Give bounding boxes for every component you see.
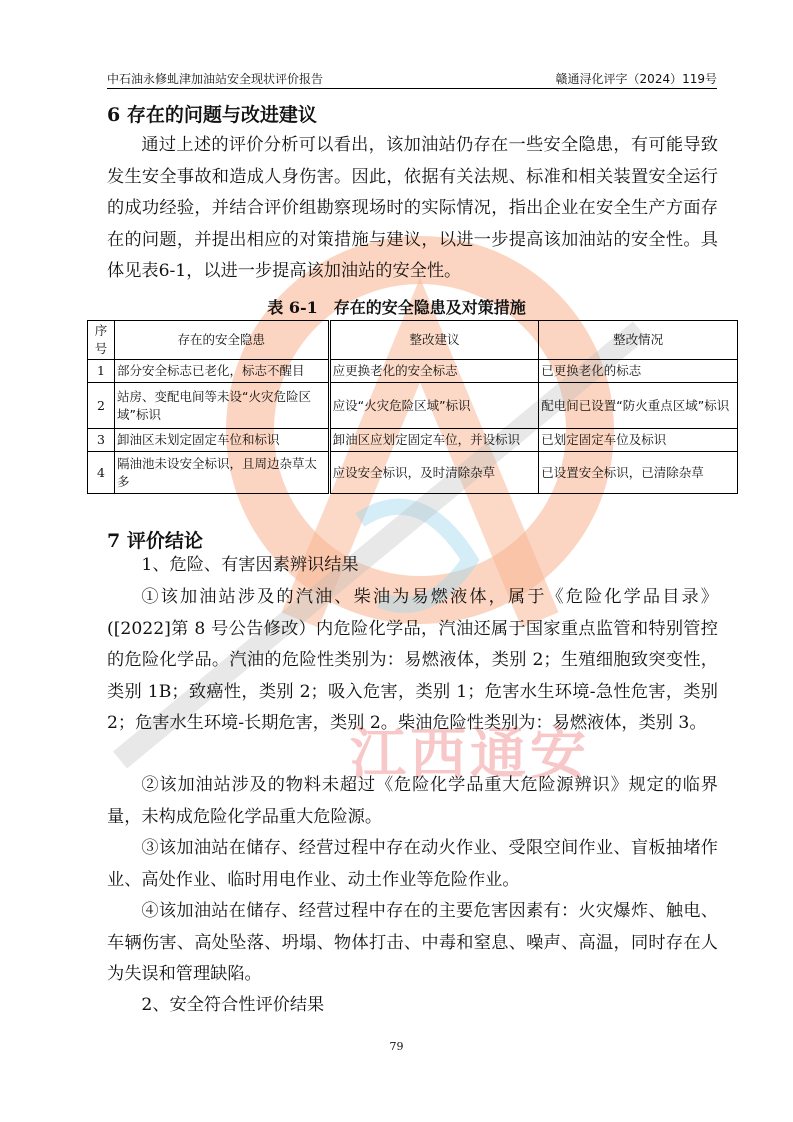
col-header: 序号 [88, 321, 115, 360]
table-row: 1 部分安全标志已老化，标志不醒目 应更换老化的安全标志 已更换老化的标志 [88, 360, 738, 383]
section-6-intro: 通过上述的评价分析可以看出，该加油站仍存在一些安全隐患，有可能导致发生安全事故和… [107, 130, 718, 288]
cell-status: 已设置安全标识，已清除杂草 [539, 452, 738, 494]
cell-index: 2 [88, 383, 115, 429]
section-6-heading: 6 存在的问题与改进建议 [107, 100, 317, 127]
table-header-row: 序号 存在的安全隐患 整改建议 整改情况 [88, 321, 738, 360]
cell-index: 3 [88, 429, 115, 452]
page-header: 中石油永修虬津加油站安全现状评价报告 赣通浔化评字（2024）119号 [107, 68, 717, 89]
section-7-heading: 7 评价结论 [107, 526, 203, 553]
cell-suggestion: 卸油区应划定固定车位，并设标识 [329, 429, 539, 452]
table-caption: 表 6-1 存在的安全隐患及对策措施 [0, 295, 793, 318]
cell-status: 已更换老化的标志 [539, 360, 738, 383]
cell-index: 1 [88, 360, 115, 383]
table-row: 3 卸油区未划定固定车位和标识 卸油区应划定固定车位，并设标识 已划定固定车位及… [88, 429, 738, 452]
conclusion-paragraph-3: ③该加油站在储存、经营过程中存在动火作业、受限空间作业、盲板抽堵作业、高处作业、… [107, 833, 718, 896]
cell-hazard: 卸油区未划定固定车位和标识 [114, 429, 329, 452]
cell-hazard: 隔油池未设安全标识，且周边杂草太多 [114, 452, 329, 494]
page-number: 79 [0, 1040, 793, 1053]
report-title: 中石油永修虬津加油站安全现状评价报告 [107, 70, 323, 87]
col-header: 整改建议 [329, 321, 539, 360]
col-header: 整改情况 [539, 321, 738, 360]
cell-status: 已划定固定车位及标识 [539, 429, 738, 452]
conclusion-paragraph-1: ①该加油站涉及的汽油、柴油为易燃液体，属于《危险化学品目录》([2022]第 8… [107, 582, 718, 740]
report-number: 赣通浔化评字（2024）119号 [556, 70, 717, 87]
cell-suggestion: 应更换老化的安全标志 [329, 360, 539, 383]
cell-suggestion: 应设安全标识，及时清除杂草 [329, 452, 539, 494]
hazard-table: 序号 存在的安全隐患 整改建议 整改情况 1 部分安全标志已老化，标志不醒目 应… [87, 320, 738, 494]
conclusion-paragraph-2: ②该加油站涉及的物料未超过《危险化学品重大危险源辨识》规定的临界量，未构成危险化… [107, 770, 718, 833]
table-row: 2 站房、变配电间等未设“火灾危险区域”标识 应设“火灾危险区域”标识 配电间已… [88, 383, 738, 429]
conclusion-paragraph-4: ④该加油站在储存、经营过程中存在的主要危害因素有：火灾爆炸、触电、车辆伤害、高处… [107, 896, 718, 991]
cell-suggestion: 应设“火灾危险区域”标识 [329, 383, 539, 429]
cell-index: 4 [88, 452, 115, 494]
col-header: 存在的安全隐患 [114, 321, 329, 360]
table-row: 4 隔油池未设安全标识，且周边杂草太多 应设安全标识，及时清除杂草 已设置安全标… [88, 452, 738, 494]
subheading-compliance-results: 2、安全符合性评价结果 [107, 990, 718, 1022]
cell-status: 配电间已设置“防火重点区域”标识 [539, 383, 738, 429]
cell-hazard: 站房、变配电间等未设“火灾危险区域”标识 [114, 383, 329, 429]
cell-hazard: 部分安全标志已老化，标志不醒目 [114, 360, 329, 383]
subheading-hazard-identification: 1、危险、有害因素辨识结果 [107, 550, 718, 582]
